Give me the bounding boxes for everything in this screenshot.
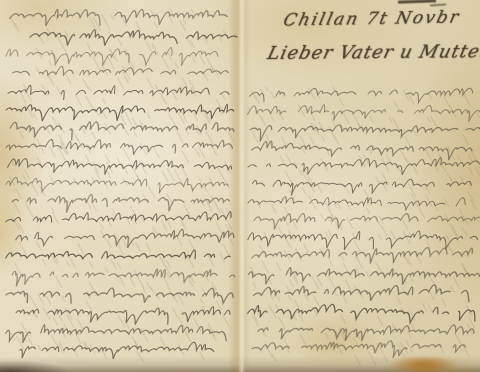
dateline-text: Chillan 7t Novbr [281,7,462,30]
ink-stain [392,356,458,372]
salutation-text: Lieber Vater u Mutter [265,41,480,64]
letter-scan: Chillan 7t Novbr Lieber Vater u Mutter [0,0,480,372]
